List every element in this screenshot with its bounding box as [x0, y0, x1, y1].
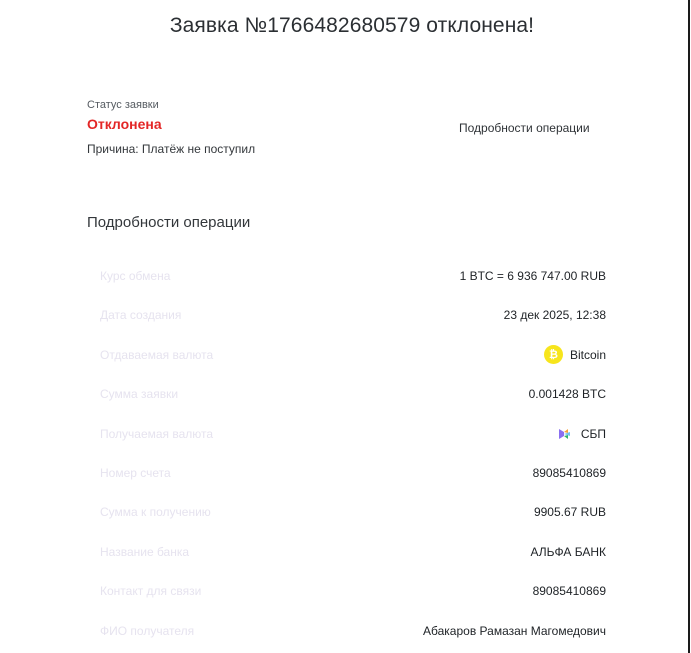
detail-row-account-number: Номер счета 89085410869 [100, 463, 606, 502]
detail-label: Сумма заявки [100, 384, 178, 404]
detail-label: Контакт для связи [100, 581, 201, 601]
detail-value: Абакаров Рамазан Магомедович [423, 621, 606, 641]
sbp-icon [558, 427, 572, 441]
status-reason: Причина: Платёж не поступил [87, 142, 255, 156]
detail-value: 9905.67 RUB [534, 502, 606, 522]
detail-label: Курс обмена [100, 266, 170, 286]
details-list: Курс обмена 1 BTC = 6 936 747.00 RUB Дат… [100, 266, 606, 653]
detail-row-order-amount: Сумма заявки 0.001428 BTC [100, 384, 606, 423]
detail-row-send-currency: Отдаваемая валюта ₿ Bitcoin [100, 345, 606, 384]
detail-row-recipient-name: ФИО получателя Абакаров Рамазан Магомедо… [100, 621, 606, 653]
detail-row-contact: Контакт для связи 89085410869 [100, 581, 606, 620]
detail-value: 89085410869 [533, 463, 606, 483]
page-title: Заявка №1766482680579 отклонена! [0, 14, 691, 38]
currency-name: СБП [581, 424, 606, 444]
detail-label: Сумма к получению [100, 502, 211, 522]
status-block: Статус заявки Отклонена Причина: Платёж … [87, 99, 255, 156]
detail-value: 0.001428 BTC [529, 384, 606, 404]
detail-row-receive-amount: Сумма к получению 9905.67 RUB [100, 502, 606, 541]
operation-details-link[interactable]: Подробности операции [459, 121, 590, 135]
detail-value: 23 дек 2025, 12:38 [504, 305, 606, 325]
detail-value: ₿ Bitcoin [544, 345, 606, 365]
bitcoin-icon: ₿ [544, 345, 563, 364]
detail-row-receive-currency: Получаемая валюта СБП [100, 424, 606, 463]
status-badge: Отклонена [87, 116, 255, 133]
detail-label: Дата создания [100, 305, 181, 325]
detail-row-bank-name: Название банка АЛЬФА БАНК [100, 542, 606, 581]
detail-label: Отдаваемая валюта [100, 345, 213, 365]
currency-name: Bitcoin [570, 345, 606, 365]
detail-label: Номер счета [100, 463, 171, 483]
window-edge [688, 0, 690, 653]
section-title: Подробности операции [87, 214, 250, 231]
status-label: Статус заявки [87, 99, 255, 112]
detail-value: АЛЬФА БАНК [531, 542, 607, 562]
detail-row-created-date: Дата создания 23 дек 2025, 12:38 [100, 305, 606, 344]
detail-label: ФИО получателя [100, 621, 194, 641]
detail-value: СБП [558, 424, 606, 444]
detail-label: Название банка [100, 542, 189, 562]
detail-label: Получаемая валюта [100, 424, 213, 444]
detail-row-exchange-rate: Курс обмена 1 BTC = 6 936 747.00 RUB [100, 266, 606, 305]
detail-value: 1 BTC = 6 936 747.00 RUB [460, 266, 606, 286]
detail-value: 89085410869 [533, 581, 606, 601]
